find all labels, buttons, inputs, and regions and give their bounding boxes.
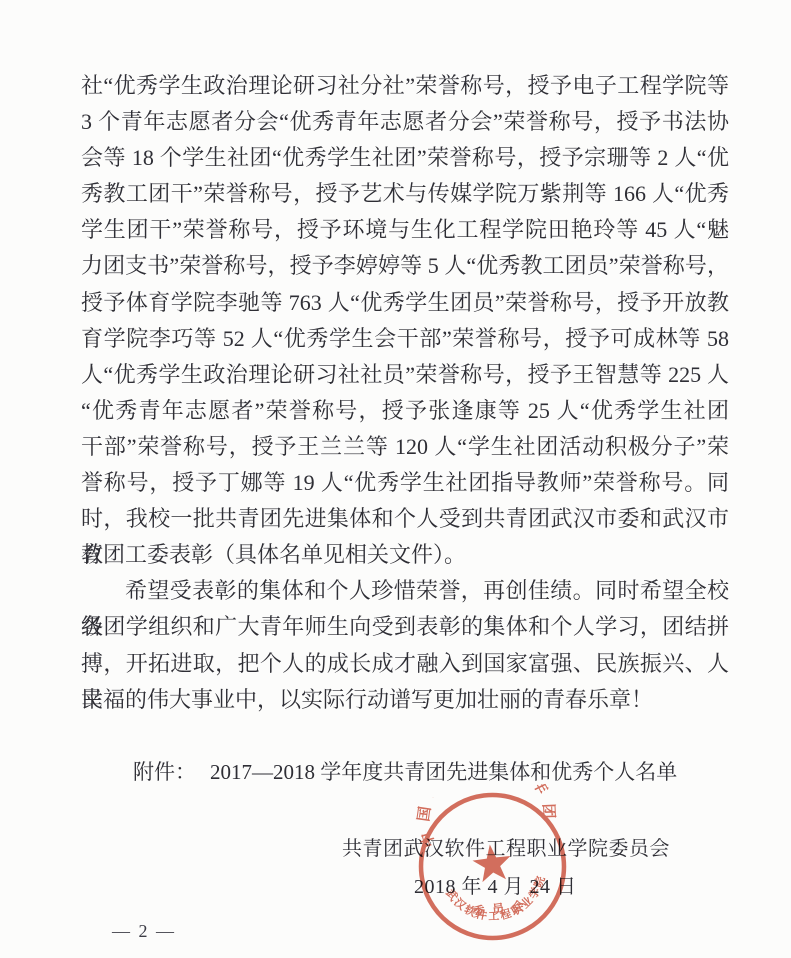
page-number: — 2 — xyxy=(112,921,176,942)
body-line: 搏，开拓进取，把个人的成长成才融入到国家富强、民族振兴、人民 xyxy=(81,646,729,682)
seal-committee-label: 委员会 xyxy=(472,897,532,919)
body-line: 级团学组织和广大青年师生向受到表彰的集体和个人学习，团结拼 xyxy=(81,609,729,645)
body-line: 会等 18 个学生社团“优秀学生社团”荣誉称号，授予宗珊等 2 人“优 xyxy=(81,140,729,176)
body-line: 力团支书”荣誉称号，授予李婷婷等 5 人“优秀教工团员”荣誉称号， xyxy=(81,248,729,284)
date-line: 2018 年 4 月 24 日 xyxy=(414,870,577,899)
body-line: 社“优秀学生政治理论研习社分社”荣誉称号，授予电子工程学院等 xyxy=(81,68,729,104)
body-line: 幸福的伟大事业中，以实际行动谱写更加壮丽的青春乐章！ xyxy=(81,682,729,718)
body-line: 希望受表彰的集体和个人珍惜荣誉，再创佳绩。同时希望全校各 xyxy=(81,573,729,609)
official-seal: 中国共产主义青年团 武汉软件工程职业学院 委员会 xyxy=(408,782,576,950)
seal-graphic: 中国共产主义青年团 武汉软件工程职业学院 委员会 xyxy=(408,782,576,950)
attachment-line: 附件：2017—2018 学年度共青团先进集体和优秀个人名单 xyxy=(133,757,677,787)
scanned-document-page: 社“优秀学生政治理论研习社分社”荣誉称号，授予电子工程学院等3 个青年志愿者分会… xyxy=(0,0,791,958)
body-line: 人“优秀学生政治理论研习社社员”荣誉称号，授予王智慧等 225 人 xyxy=(81,357,729,393)
body-line: 育团工委表彰（具体名单见相关文件）。 xyxy=(81,537,729,573)
body-line: 育学院李巧等 52 人“优秀学生会干部”荣誉称号，授予可成林等 58 xyxy=(81,321,729,357)
signature-line: 共青团武汉软件工程职业学院委员会 xyxy=(342,832,670,861)
body-line: 时，我校一批共青团先进集体和个人受到共青团武汉市委和武汉市教 xyxy=(81,501,729,537)
attachment-label: 附件： xyxy=(133,760,196,784)
body-line: 秀教工团干”荣誉称号，授予艺术与传媒学院万紫荆等 166 人“优秀 xyxy=(81,176,729,212)
body-line: 学生团干”荣誉称号，授予环境与生化工程学院田艳玲等 45 人“魅 xyxy=(81,212,729,248)
body-line: 3 个青年志愿者分会“优秀青年志愿者分会”荣誉称号，授予书法协 xyxy=(81,104,729,140)
body-line: 誉称号，授予丁娜等 19 人“优秀学生社团指导教师”荣誉称号。同 xyxy=(81,465,729,501)
attachment-title: 2017—2018 学年度共青团先进集体和优秀个人名单 xyxy=(210,760,677,784)
document-body: 社“优秀学生政治理论研习社分社”荣誉称号，授予电子工程学院等3 个青年志愿者分会… xyxy=(81,68,729,718)
body-line: “优秀青年志愿者”荣誉称号，授予张逢康等 25 人“优秀学生社团 xyxy=(81,393,729,429)
body-line: 干部”荣誉称号，授予王兰兰等 120 人“学生社团活动积极分子”荣 xyxy=(81,429,729,465)
seal-ring xyxy=(413,787,572,946)
body-line: 授予体育学院李驰等 763 人“优秀学生团员”荣誉称号，授予开放教 xyxy=(81,285,729,321)
